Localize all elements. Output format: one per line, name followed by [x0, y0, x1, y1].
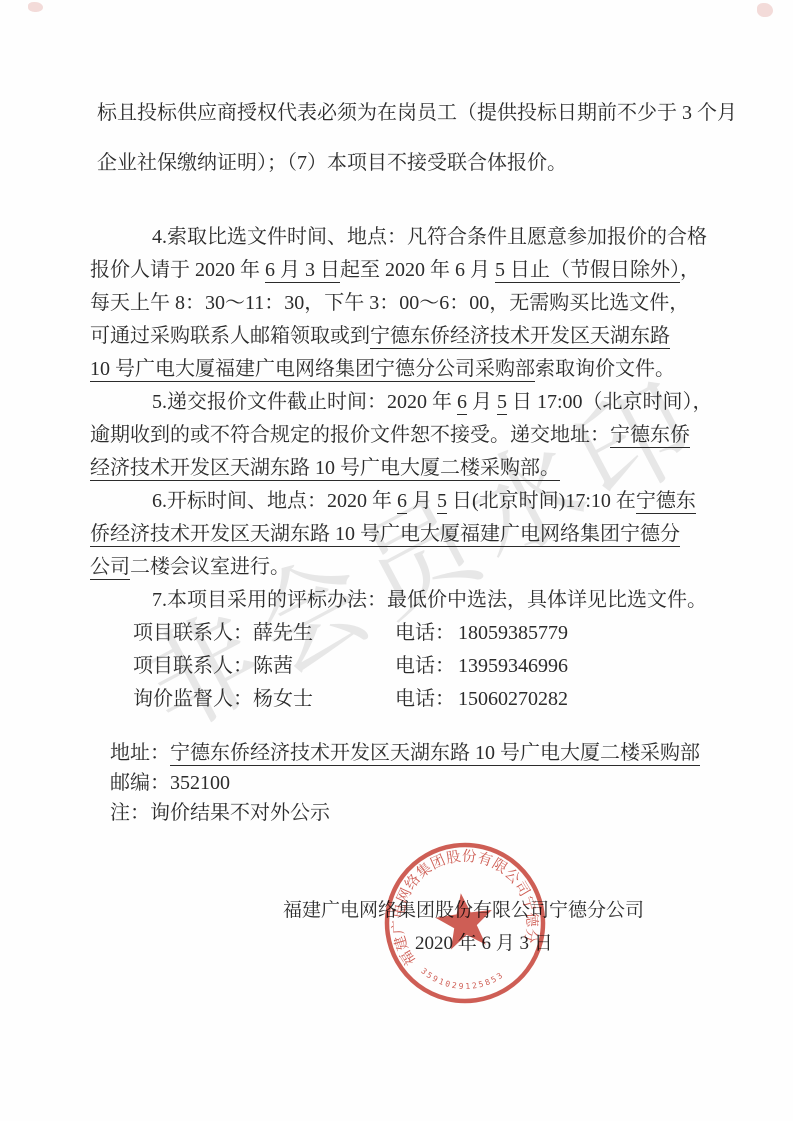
note-line: 注：询价结果不对外公示: [110, 800, 750, 827]
underlined-text-segment: 宁德东侨经济技术开发区天湖东路: [370, 325, 670, 349]
column-text: 13959346996: [458, 653, 568, 680]
text-segment: 7.本项目采用的评标办法：最低价中选法，具体详见比选文件。: [152, 589, 707, 611]
text-segment: 邮编：352100: [110, 772, 230, 794]
text-segment: ，: [680, 259, 700, 281]
text-segment: 索取询价文件。: [535, 358, 675, 380]
para-4-line-4: 可通过采购联系人邮箱领取或到宁德东侨经济技术开发区天湖东路: [90, 323, 730, 350]
para-4-line-5: 10 号广电大厦福建广电网络集团宁德分公司采购部索取询价文件。: [90, 356, 730, 383]
text-segment: 注：询价结果不对外公示: [110, 802, 330, 824]
text-segment: 逾期收到的或不符合规定的报价文件恕不接受。递交地址：: [90, 424, 610, 446]
document-page: 非会员水印 标且投标供应商授权代表必须为在岗员工（提供投标日期前不少于 3 个月…: [0, 0, 793, 1121]
underlined-text-segment: 6: [457, 391, 467, 415]
para-6-line-3: 公司二楼会议室进行。: [90, 554, 730, 581]
para-5-line-2: 逾期收到的或不符合规定的报价文件恕不接受。递交地址：宁德东侨: [90, 422, 730, 449]
column-text: 项目联系人：陈茜: [133, 653, 293, 680]
para-6-line-1: 6.开标时间、地点：2020 年 6 月 5 日(北京时间)17:10 在宁德东: [152, 488, 792, 515]
intro-line-1: 标且投标供应商授权代表必须为在岗员工（提供投标日期前不少于 3 个月: [97, 100, 737, 127]
underlined-text-segment: 6 月 3 日: [265, 259, 340, 283]
column-text: 电话：: [395, 653, 455, 680]
para-5-line-3: 经济技术开发区天湖东路 10 号广电大厦二楼采购部。: [90, 455, 730, 482]
underlined-text-segment: 5 日止（节假日除外）: [495, 259, 680, 283]
text-segment: 6.开标时间、地点：2020 年: [152, 490, 397, 512]
column-text: 电话：: [395, 620, 455, 647]
seal-company-arc-text: 福建广电网络集团股份有限公司宁德分公司: [352, 810, 545, 974]
official-seal-stamp: 福建广电网络集团股份有限公司宁德分公司 3591029125853: [352, 810, 578, 1036]
para-4-line-1: 4.索取比选文件时间、地点：凡符合条件且愿意参加报价的合格: [152, 224, 792, 251]
text-segment: 地址：: [110, 742, 170, 764]
underlined-text-segment: 侨经济技术开发区天湖东路 10 号广电大厦福建广电网络集团宁德分: [90, 523, 680, 547]
underlined-text-segment: 6: [397, 490, 407, 514]
seal-star-icon: [433, 889, 497, 951]
underlined-text-segment: 经济技术开发区天湖东路 10 号广电大厦二楼采购部。: [90, 457, 560, 481]
text-segment: 月: [407, 490, 437, 512]
underlined-text-segment: 公司: [90, 556, 130, 580]
text-segment: 标且投标供应商授权代表必须为在岗员工（提供投标日期前不少于 3 个月: [97, 102, 737, 124]
text-segment: 月: [467, 391, 497, 413]
underlined-text-segment: 5: [497, 391, 507, 415]
underlined-text-segment: 10 号广电大厦福建广电网络集团宁德分公司采购部: [90, 358, 535, 382]
intro-line-2: 企业社保缴纳证明）；（7）本项目不接受联合体报价。: [97, 150, 737, 177]
underlined-text-segment: 宁德东: [636, 490, 696, 514]
para-4-line-2: 报价人请于 2020 年 6 月 3 日起至 2020 年 6 月 5 日止（节…: [90, 257, 730, 284]
column-text: 项目联系人：薛先生: [133, 620, 313, 647]
postcode-line: 邮编：352100: [110, 770, 750, 797]
column-text: 15060270282: [458, 686, 568, 713]
text-segment: 可通过采购联系人邮箱领取或到: [90, 325, 370, 347]
para-5-line-1: 5.递交报价文件截止时间：2020 年 6 月 5 日 17:00（北京时间），: [152, 389, 792, 416]
para-6-line-2: 侨经济技术开发区天湖东路 10 号广电大厦福建广电网络集团宁德分: [90, 521, 730, 548]
text-segment: 起至 2020 年 6 月: [340, 259, 495, 281]
text-segment: 日 17:00（北京时间），: [507, 391, 713, 413]
column-text: 18059385779: [458, 620, 568, 647]
text-segment: 二楼会议室进行。: [130, 556, 290, 578]
text-segment: 企业社保缴纳证明）；（7）本项目不接受联合体报价。: [97, 152, 567, 174]
para-4-line-3: 每天上午 8：30～11：30，下午 3：00～6：00，无需购买比选文件，: [90, 290, 730, 317]
underlined-text-segment: 5: [437, 490, 447, 514]
para-7-line-1: 7.本项目采用的评标办法：最低价中选法，具体详见比选文件。: [152, 587, 792, 614]
text-segment: 报价人请于 2020 年: [90, 259, 265, 281]
address-line: 地址：宁德东侨经济技术开发区天湖东路 10 号广电大厦二楼采购部: [110, 740, 750, 767]
column-text: 询价监督人：杨女士: [133, 686, 313, 713]
underlined-text-segment: 宁德东侨: [610, 424, 690, 448]
underlined-text-segment: 宁德东侨经济技术开发区天湖东路 10 号广电大厦二楼采购部: [170, 742, 700, 766]
text-segment: 每天上午 8：30～11：30，下午 3：00～6：00，无需购买比选文件，: [90, 292, 689, 314]
column-text: 电话：: [395, 686, 455, 713]
text-segment: 4.索取比选文件时间、地点：凡符合条件且愿意参加报价的合格: [152, 226, 707, 248]
text-segment: 5.递交报价文件截止时间：2020 年: [152, 391, 457, 413]
text-segment: 日(北京时间)17:10 在: [447, 490, 636, 512]
